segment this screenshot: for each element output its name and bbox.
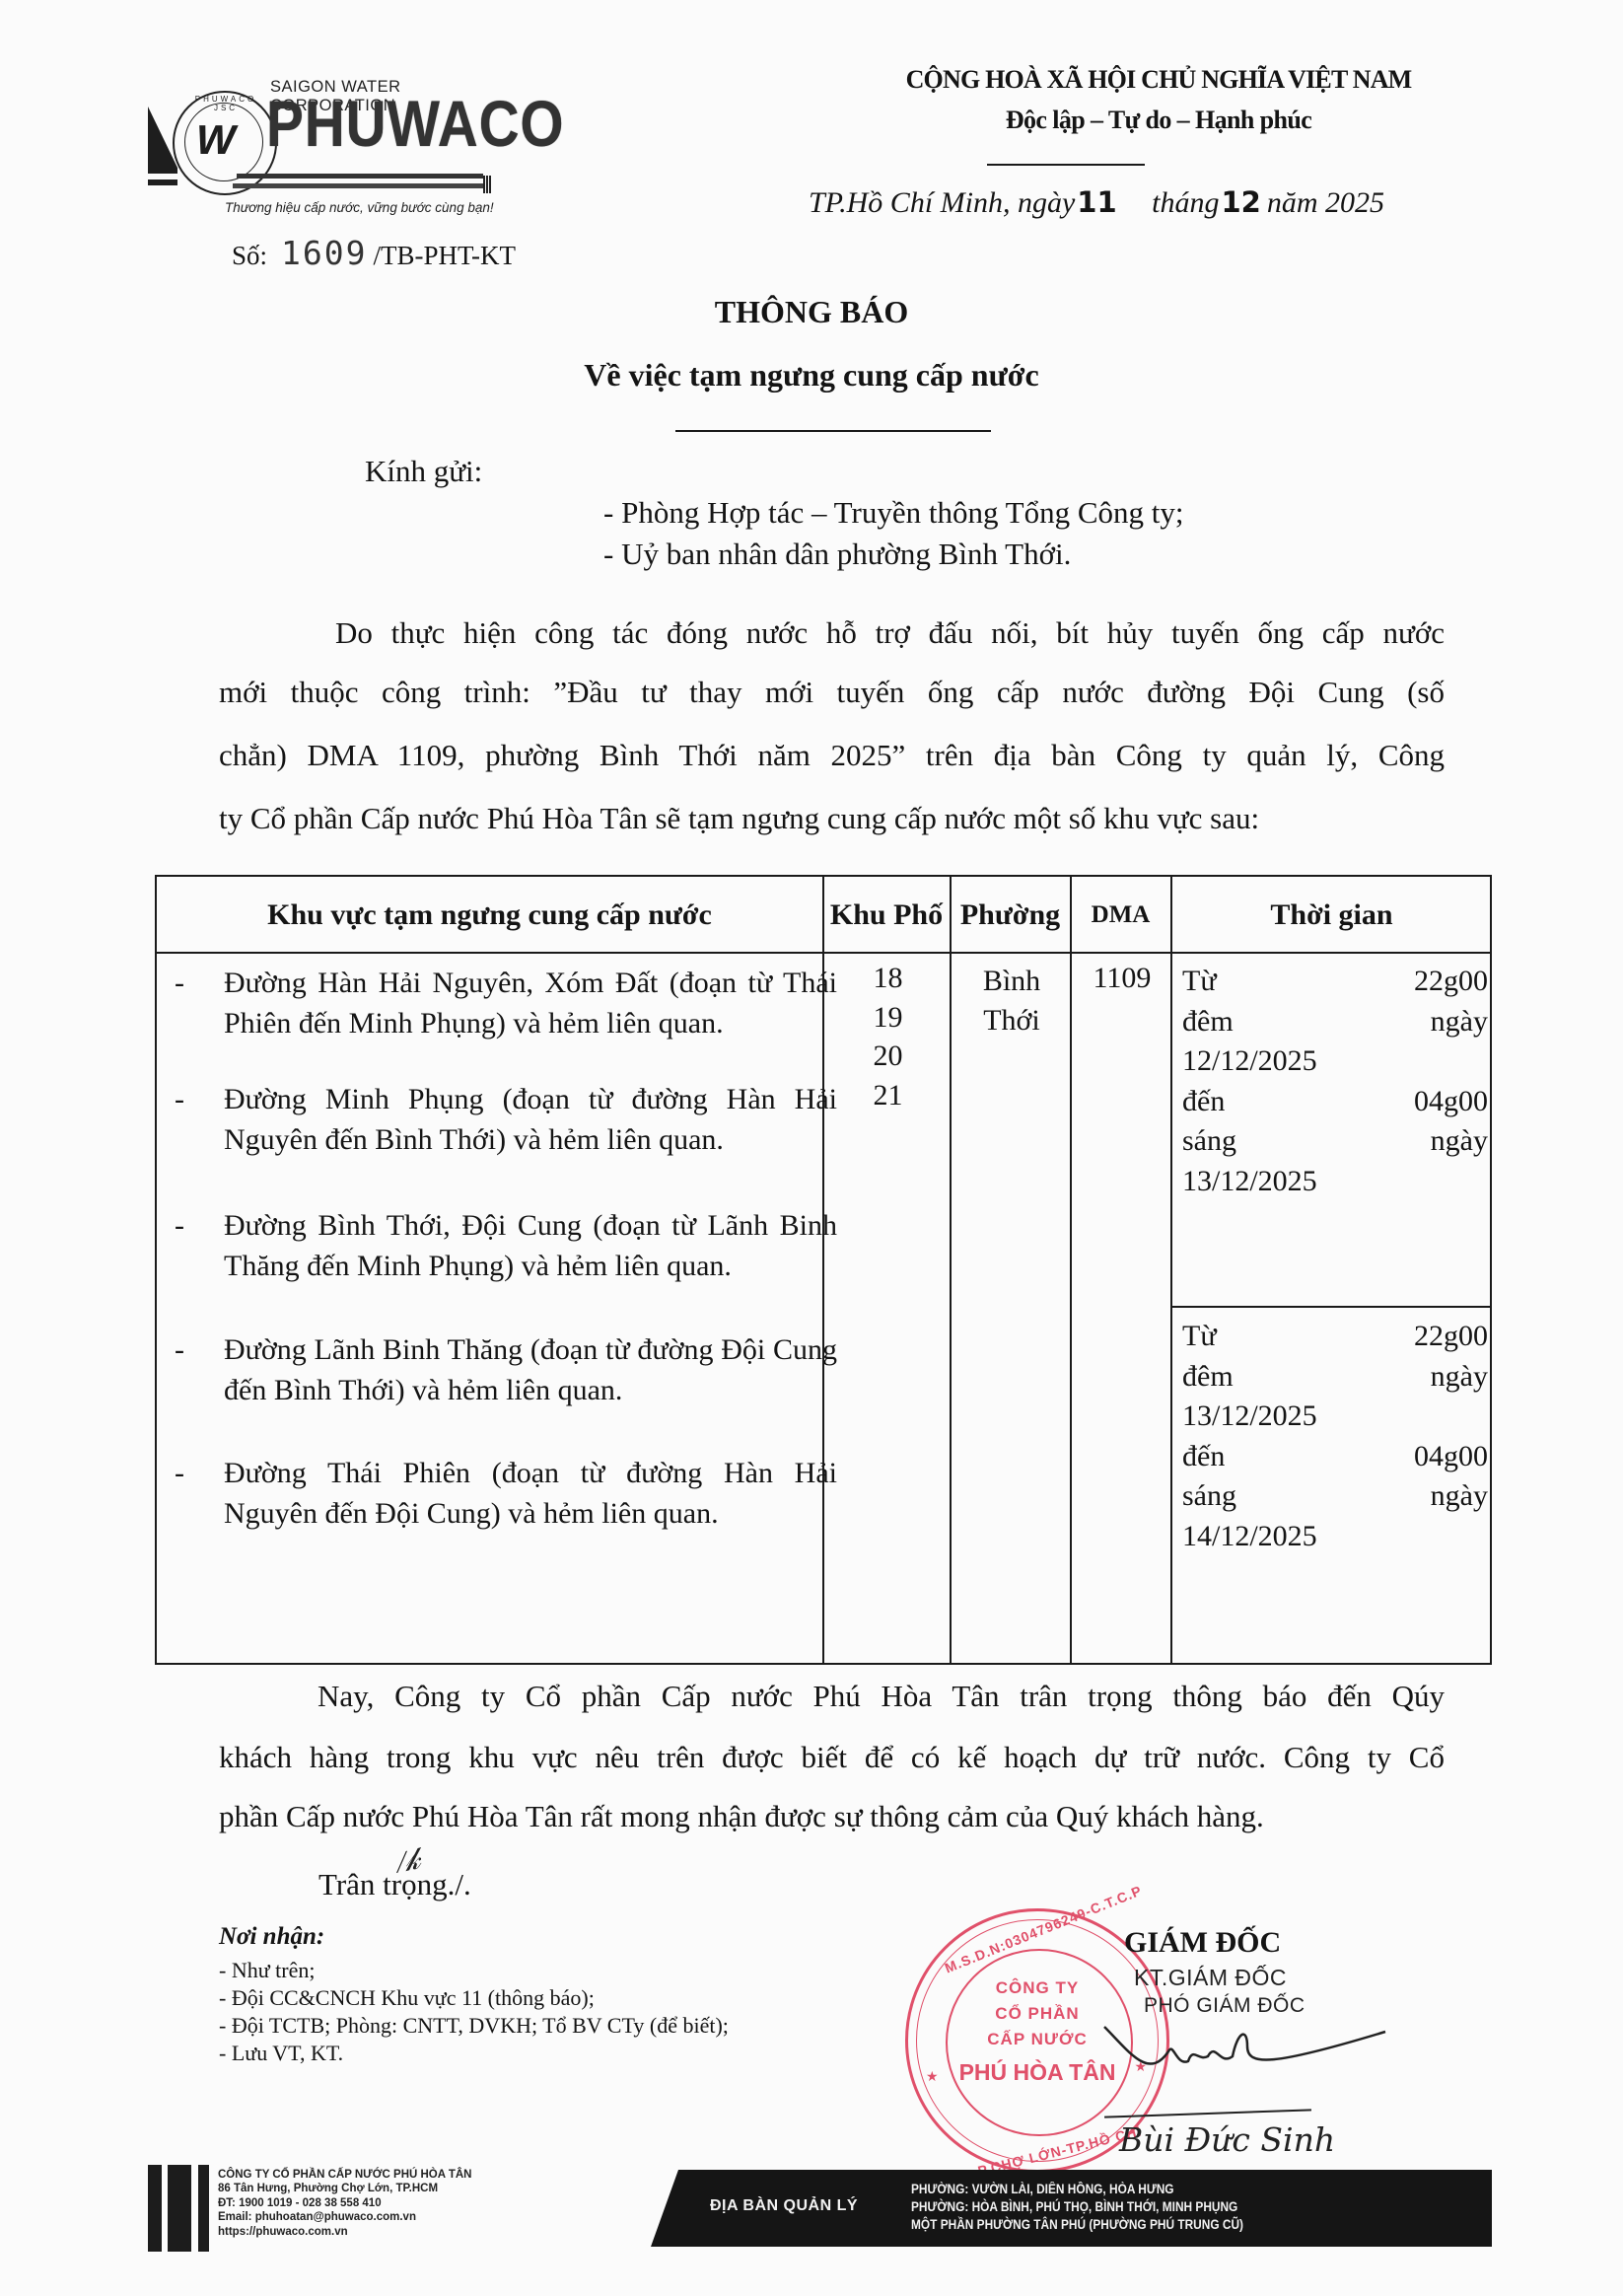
title-underline (675, 430, 991, 432)
khu-pho-value: 20 (824, 1040, 952, 1073)
date-month: 12 (1222, 185, 1261, 219)
date-line: TP.Hồ Chí Minh, ngày11 tháng12năm 2025 (809, 185, 1384, 220)
recipient-item: - Phòng Hợp tác – Truyền thông Tổng Công… (603, 495, 1184, 531)
bullet-dash: - (175, 1080, 184, 1120)
signer-on-behalf: KT.GIÁM ĐỐC (1134, 1965, 1287, 1991)
bullet-dash: - (175, 1454, 184, 1494)
area-text: Đường Thái Phiên (đoạn từ đường Hàn Hải … (224, 1454, 837, 1534)
time-slot-line: 13/12/2025 (1182, 1397, 1488, 1437)
khu-pho-value: 19 (824, 1001, 952, 1035)
area-text: Đường Bình Thới, Đội Cung (đoạn từ Lãnh … (224, 1206, 837, 1286)
khu-pho-value: 18 (824, 962, 952, 995)
closing-paragraph-line: phần Cấp nước Phú Hòa Tân rất mong nhận … (219, 1799, 1445, 1834)
footer-phone: ĐT: 1900 1019 - 028 38 558 410 (218, 2196, 471, 2210)
logo-seal-text: PHUWACO JSC (182, 95, 269, 112)
area-text: Đường Lãnh Binh Thăng (đoạn từ đường Đội… (224, 1330, 837, 1410)
time-slot-line: sáng ngày (1182, 1476, 1488, 1517)
table-header: Khu vực tạm ngưng cung cấp nước (157, 877, 822, 954)
distribution-item: - Lưu VT, KT. (219, 2041, 343, 2066)
distribution-item: - Đội TCTB; Phòng: CNTT, DVKH; Tổ BV CTy… (219, 2013, 729, 2039)
dma-value: 1109 (1072, 962, 1172, 995)
logo-stripe (148, 168, 177, 174)
time-slot-line: 13/12/2025 (1182, 1162, 1488, 1202)
logo-seal-icon: PHUWACO JSC W (173, 91, 277, 195)
intro-paragraph-line: chẳn) DMA 1109, phường Bình Thới năm 202… (219, 738, 1445, 773)
footer-service-area-band: ĐỊA BÀN QUẢN LÝ PHƯỜNG: VƯỜN LÀI, DIÊN H… (651, 2170, 1492, 2247)
suspension-table: Khu vực tạm ngưng cung cấp nước Khu Phố … (155, 875, 1492, 1665)
time-slot-line: đến 04g00 (1182, 1437, 1488, 1477)
time-slot-line: Từ 22g00 (1182, 962, 1488, 1002)
intro-paragraph-line: ty Cổ phần Cấp nước Phú Hòa Tân sẽ tạm n… (219, 801, 1445, 836)
table-header: Thời gian (1171, 877, 1492, 954)
time-slot-line: đêm ngày (1182, 1357, 1488, 1398)
company-logo: PHUWACO JSC W SAIGON WATER CORPORATION P… (148, 69, 488, 227)
footer-website[interactable]: https://phuwaco.com.vn (218, 2225, 471, 2239)
time-slot: Từ 22g00đêm ngày13/12/2025đến 04g00sáng … (1182, 1317, 1488, 1556)
area-text: Đường Hàn Hải Nguyên, Xóm Đất (đoạn từ T… (224, 964, 837, 1043)
footer-company-info: CÔNG TY CỔ PHẦN CẤP NƯỚC PHÚ HÒA TÂN 86 … (218, 2168, 471, 2239)
distribution-label: Nơi nhận: (219, 1923, 324, 1951)
document-subtitle: Về việc tạm ngưng cung cấp nước (0, 357, 1623, 394)
footer-address: 86 Tân Hưng, Phường Chợ Lớn, TP.HCM (218, 2182, 471, 2195)
time-slot-line: 14/12/2025 (1182, 1517, 1488, 1557)
national-motto: Độc lập – Tự do – Hạnh phúc (848, 106, 1469, 135)
date-day: 11 (1077, 185, 1116, 219)
time-slot-line: Từ 22g00 (1182, 1317, 1488, 1357)
intro-paragraph-line: mới thuộc công trình: ”Đầu tư thay mới t… (219, 675, 1445, 710)
table-header: Phường (951, 877, 1070, 954)
signer-name: Bùi Đức Sinh (1119, 2120, 1335, 2159)
area-text: Đường Minh Phụng (đoạn từ đường Hàn Hải … (224, 1080, 837, 1160)
bullet-dash: - (175, 1206, 184, 1247)
bullet-dash: - (175, 1330, 184, 1371)
service-area-label: ĐỊA BÀN QUẢN LÝ (710, 2197, 858, 2215)
distribution-item: - Đội CC&CNCH Khu vực 11 (thông báo); (219, 1985, 595, 2011)
footer-email[interactable]: Email: phuhoatan@phuwaco.com.vn (218, 2210, 471, 2224)
footer-company: CÔNG TY CỔ PHẦN CẤP NƯỚC PHÚ HÒA TÂN (218, 2168, 471, 2182)
time-slot: Từ 22g00đêm ngày12/12/2025đến 04g00sáng … (1182, 962, 1488, 1201)
recipient-item: - Uỷ ban nhân dân phường Bình Thới. (603, 537, 1071, 572)
recipients-label: Kính gửi: (365, 454, 482, 489)
bullet-dash: - (175, 964, 184, 1004)
document-number: Số:1609/TB-PHT-KT (232, 234, 516, 272)
logo-slogan: Thương hiệu cấp nước, vững bước cùng bạn… (225, 200, 494, 215)
logo-stripe (148, 179, 177, 185)
logo-barcode-icon (483, 176, 491, 193)
footer-bars-icon (148, 2165, 209, 2252)
signer-title: GIÁM ĐỐC (1124, 1926, 1420, 1960)
time-slot-line: sáng ngày (1182, 1121, 1488, 1162)
time-slot-line: đêm ngày (1182, 1002, 1488, 1042)
motto-underline (987, 164, 1145, 166)
intro-paragraph-line: Do thực hiện công tác đóng nước hỗ trợ đ… (335, 615, 1445, 651)
phuong-value: Bình Thới (952, 962, 1072, 1040)
table-header: Khu Phố (823, 877, 950, 954)
time-slot-line: 12/12/2025 (1182, 1041, 1488, 1082)
national-title: CỘNG HOÀ XÃ HỘI CHỦ NGHĨA VIỆT NAM (848, 65, 1469, 95)
document-title: THÔNG BÁO (0, 294, 1623, 330)
document-number-value: 1609 (281, 234, 367, 272)
time-slot-line: đến 04g00 (1182, 1082, 1488, 1122)
khu-pho-value: 21 (824, 1079, 952, 1112)
service-area-list: PHƯỜNG: VƯỜN LÀI, DIÊN HỒNG, HÒA HƯNG PH… (911, 2181, 1243, 2234)
table-header: DMA (1071, 877, 1170, 954)
handwritten-signature-icon (1099, 2012, 1395, 2081)
closing-paragraph-line: Nay, Công ty Cổ phần Cấp nước Phú Hòa Tâ… (318, 1679, 1445, 1714)
closing-paragraph-line: khách hàng trong khu vực nêu trên được b… (219, 1740, 1445, 1775)
regards: Trân trọng./. (318, 1867, 471, 1902)
distribution-item: - Như trên; (219, 1958, 315, 1983)
logo-brand: PHUWACO (266, 91, 564, 156)
